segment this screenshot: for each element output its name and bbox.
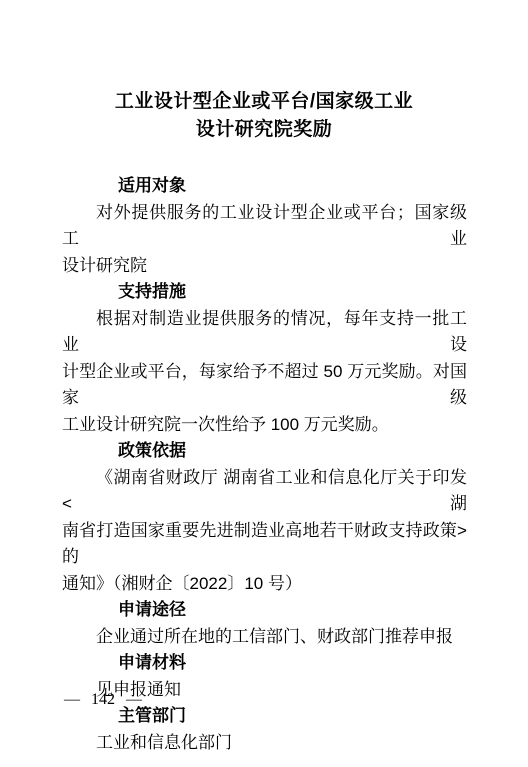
paragraph-line: 工业设计研究院一次性给予 100 万元奖励。 <box>62 412 467 439</box>
paragraph-line: 工业和信息化部门 <box>62 730 467 757</box>
document-title-line-1: 工业设计型企业或平台/国家级工业 <box>62 88 466 116</box>
section-heading-applicable-targets: 适用对象 <box>62 173 467 200</box>
paragraph-applicable-targets: 对外提供服务的工业设计型企业或平台；国家级工业 设计研究院 <box>62 200 467 280</box>
document-page: 工业设计型企业或平台/国家级工业 设计研究院奖励 适用对象 对外提供服务的工业设… <box>0 0 528 767</box>
section-heading-application-materials: 申请材料 <box>62 650 467 677</box>
document-title: 工业设计型企业或平台/国家级工业 设计研究院奖励 <box>62 88 466 144</box>
paragraph-policy-basis: 《湖南省财政厅 湖南省工业和信息化厅关于印发<湖 南省打造国家重要先进制造业高地… <box>62 465 467 598</box>
section-heading-support-measures: 支持措施 <box>62 279 467 306</box>
paragraph-application-channel: 企业通过所在地的工信部门、财政部门推荐申报 <box>62 624 467 651</box>
paragraph-line: 《湖南省财政厅 湖南省工业和信息化厅关于印发<湖 <box>62 465 467 518</box>
paragraph-line: 企业通过所在地的工信部门、财政部门推荐申报 <box>62 624 467 651</box>
section-heading-application-channel: 申请途径 <box>62 597 467 624</box>
page-number: — 142 — <box>64 690 142 710</box>
paragraph-line: 根据对制造业提供服务的情况，每年支持一批工业设 <box>62 306 467 359</box>
paragraph-support-measures: 根据对制造业提供服务的情况，每年支持一批工业设 计型企业或平台，每家给予不超过 … <box>62 306 467 439</box>
section-heading-policy-basis: 政策依据 <box>62 438 467 465</box>
paragraph-competent-department: 工业和信息化部门 <box>62 730 467 757</box>
paragraph-line: 设计研究院 <box>62 253 467 280</box>
document-body: 适用对象 对外提供服务的工业设计型企业或平台；国家级工业 设计研究院 支持措施 … <box>62 173 467 756</box>
paragraph-line: 对外提供服务的工业设计型企业或平台；国家级工业 <box>62 200 467 253</box>
paragraph-line: 南省打造国家重要先进制造业高地若干财政支持政策>的 <box>62 518 467 571</box>
paragraph-line: 通知》（湘财企〔2022〕10 号） <box>62 571 467 598</box>
document-title-line-2: 设计研究院奖励 <box>62 116 466 144</box>
paragraph-line: 计型企业或平台，每家给予不超过 50 万元奖励。对国家级 <box>62 359 467 412</box>
